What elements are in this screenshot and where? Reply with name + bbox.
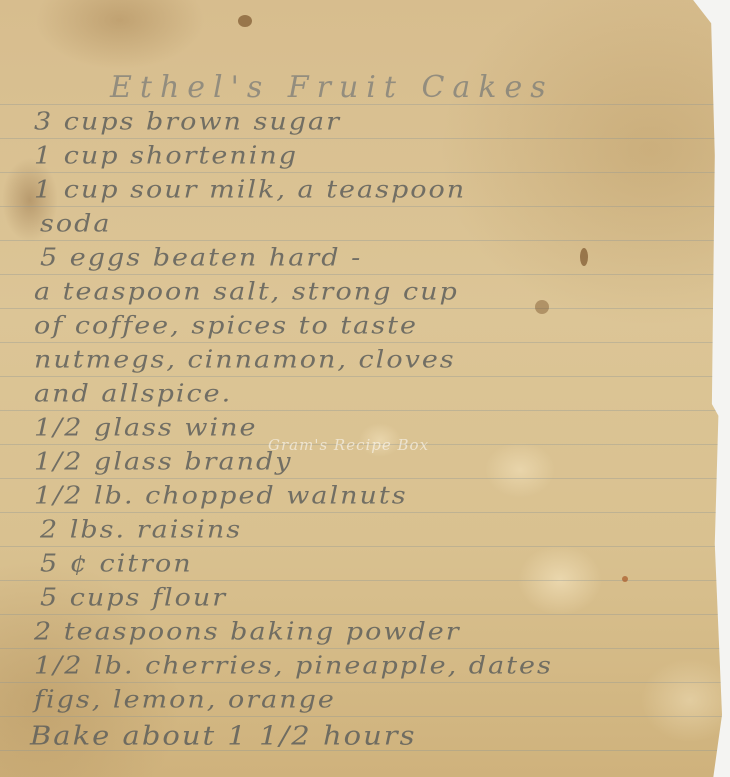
ruled-line xyxy=(0,682,722,683)
ruled-line xyxy=(0,614,722,615)
ruled-line xyxy=(0,240,722,241)
ruled-line xyxy=(0,478,722,479)
recipe-line: 5 eggs beaten hard - xyxy=(40,244,362,272)
ruled-line xyxy=(0,308,722,309)
recipe-line: 2 teaspoons baking powder xyxy=(34,618,461,646)
stain-spot xyxy=(580,248,588,266)
recipe-title: Ethel's Fruit Cakes xyxy=(110,70,554,105)
ruled-line xyxy=(0,512,722,513)
ruled-line xyxy=(0,546,722,547)
recipe-card: Ethel's Fruit Cakes 3 cups brown sugar 1… xyxy=(0,0,722,777)
recipe-line: 2 lbs. raisins xyxy=(40,516,242,544)
ruled-line xyxy=(0,206,722,207)
recipe-line: soda xyxy=(40,210,112,238)
recipe-line: 5 ¢ citron xyxy=(40,550,193,578)
recipe-line: nutmegs, cinnamon, cloves xyxy=(34,346,456,374)
recipe-line: 1/2 glass brandy xyxy=(34,448,293,476)
recipe-line: figs, lemon, orange xyxy=(34,686,336,714)
recipe-line: 1/2 glass wine xyxy=(34,414,257,442)
recipe-line: 1/2 lb. chopped walnuts xyxy=(34,482,408,510)
ruled-line xyxy=(0,138,722,139)
stain-spot xyxy=(535,300,549,314)
watermark: Gram's Recipe Box xyxy=(268,436,429,454)
recipe-line: a teaspoon salt, strong cup xyxy=(34,278,459,306)
stain-spot xyxy=(622,576,628,582)
stain-spot xyxy=(238,15,252,27)
recipe-line: 1/2 lb. cherries, pineapple, dates xyxy=(34,652,553,680)
recipe-line: and allspice. xyxy=(34,380,232,408)
recipe-line: 1 cup shortening xyxy=(34,142,298,170)
ruled-line xyxy=(0,376,722,377)
ruled-line xyxy=(0,410,722,411)
recipe-line: of coffee, spices to taste xyxy=(34,312,418,340)
recipe-line: Bake about 1 1/2 hours xyxy=(30,720,417,751)
ruled-line xyxy=(0,274,722,275)
ruled-line xyxy=(0,648,722,649)
ruled-line xyxy=(0,580,722,581)
ruled-line xyxy=(0,172,722,173)
ruled-line xyxy=(0,342,722,343)
recipe-line: 1 cup sour milk, a teaspoon xyxy=(34,176,466,204)
recipe-line: 5 cups flour xyxy=(40,584,227,612)
recipe-line: 3 cups brown sugar xyxy=(34,108,341,136)
ruled-line xyxy=(0,716,722,717)
